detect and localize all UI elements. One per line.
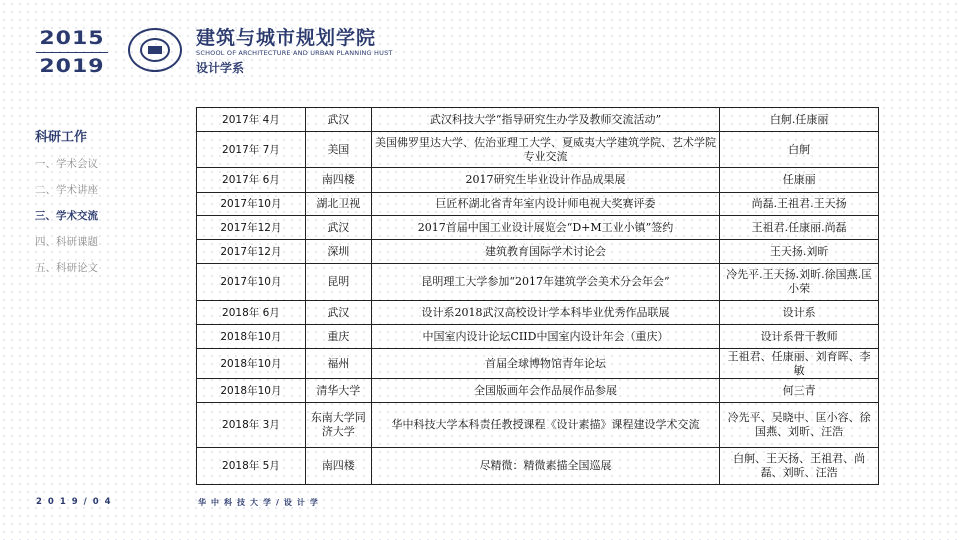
event-cell: 2017首届中国工业设计展览会“D+M工业小镇”签约 xyxy=(371,216,719,240)
date-cell: 2017年10月 xyxy=(197,193,306,216)
date-cell: 2017年 6月 xyxy=(197,168,306,193)
year-divider xyxy=(36,52,108,53)
location-cell: 武汉 xyxy=(305,216,371,240)
people-cell: 尚磊.王祖君.王天扬 xyxy=(720,193,879,216)
sidebar-item-academic-exchange[interactable]: 三、学术交流 xyxy=(35,207,98,233)
people-cell: 何三青 xyxy=(720,379,879,403)
table-row: 2017年 4月武汉武汉科技大学“指导研究生办学及教师交流活动”白舸.任康丽 xyxy=(197,108,879,132)
people-cell: 设计系骨干教师 xyxy=(720,325,879,349)
sidebar-nav: 科研工作 一、学术会议 二、学术讲座 三、学术交流 四、科研课题 五、科研论文 xyxy=(35,126,98,285)
table-row: 2017年10月湖北卫视巨匠杯湖北省青年室内设计师电视大奖赛评委尚磊.王祖君.王… xyxy=(197,193,879,216)
year-end: 2019 xyxy=(36,58,108,77)
table-row: 2017年12月武汉2017首届中国工业设计展览会“D+M工业小镇”签约王祖君.… xyxy=(197,216,879,240)
table-row: 2017年10月昆明昆明理工大学参加“2017年建筑学会美术分会年会”冷先平.王… xyxy=(197,264,879,301)
school-header: 建筑与城市规划学院 SCHOOL OF ARCHITECTURE AND URB… xyxy=(196,27,393,77)
event-cell: 2017研究生毕业设计作品成果展 xyxy=(371,168,719,193)
table-row: 2017年12月深圳建筑教育国际学术讨论会王天扬.刘昕 xyxy=(197,240,879,264)
school-name-en: SCHOOL OF ARCHITECTURE AND URBAN PLANNIN… xyxy=(196,49,393,58)
table-row: 2018年 5月南四楼尽精微：精微素描全国巡展白舸、王天扬、王祖君、尚磊、刘昕、… xyxy=(197,448,879,485)
table-row: 2018年10月福州首届全球博物馆青年论坛王祖君、任康丽、刘育晖、李敏 xyxy=(197,349,879,379)
people-cell: 白舸 xyxy=(720,132,879,168)
location-cell: 美国 xyxy=(305,132,371,168)
date-cell: 2018年10月 xyxy=(197,379,306,403)
location-cell: 清华大学 xyxy=(305,379,371,403)
people-cell: 冷先平、吴晓中、匡小容、徐国燕、刘昕、汪浩 xyxy=(720,403,879,448)
people-cell: 任康丽 xyxy=(720,168,879,193)
location-cell: 武汉 xyxy=(305,301,371,325)
logo-inner-ring xyxy=(140,38,170,62)
event-cell: 尽精微：精微素描全国巡展 xyxy=(371,448,719,485)
table-row: 2017年 7月美国美国佛罗里达大学、佐治亚理工大学、夏威夷大学建筑学院、艺术学… xyxy=(197,132,879,168)
date-cell: 2017年12月 xyxy=(197,240,306,264)
exchange-table: 2017年 4月武汉武汉科技大学“指导研究生办学及教师交流活动”白舸.任康丽20… xyxy=(196,107,879,485)
date-cell: 2018年 5月 xyxy=(197,448,306,485)
people-cell: 白舸、王天扬、王祖君、尚磊、刘昕、汪浩 xyxy=(720,448,879,485)
location-cell: 福州 xyxy=(305,349,371,379)
location-cell: 昆明 xyxy=(305,264,371,301)
event-cell: 设计系2018武汉高校设计学本科毕业优秀作品联展 xyxy=(371,301,719,325)
university-logo-icon xyxy=(128,28,182,72)
date-cell: 2017年 7月 xyxy=(197,132,306,168)
date-cell: 2018年10月 xyxy=(197,325,306,349)
sidebar-item-academic-conference[interactable]: 一、学术会议 xyxy=(35,155,98,181)
date-cell: 2017年12月 xyxy=(197,216,306,240)
location-cell: 深圳 xyxy=(305,240,371,264)
event-cell: 美国佛罗里达大学、佐治亚理工大学、夏威夷大学建筑学院、艺术学院专业交流 xyxy=(371,132,719,168)
location-cell: 南四楼 xyxy=(305,448,371,485)
location-cell: 武汉 xyxy=(305,108,371,132)
logo-mark xyxy=(148,46,162,54)
event-cell: 首届全球博物馆青年论坛 xyxy=(371,349,719,379)
event-cell: 昆明理工大学参加“2017年建筑学会美术分会年会” xyxy=(371,264,719,301)
table-row: 2018年 3月东南大学同济大学华中科技大学本科责任教授课程《设计素描》课程建设… xyxy=(197,403,879,448)
table-row: 2017年 6月南四楼2017研究生毕业设计作品成果展任康丽 xyxy=(197,168,879,193)
table-row: 2018年 6月武汉设计系2018武汉高校设计学本科毕业优秀作品联展设计系 xyxy=(197,301,879,325)
location-cell: 南四楼 xyxy=(305,168,371,193)
footer-date: 2019/04 xyxy=(36,497,117,507)
location-cell: 湖北卫视 xyxy=(305,193,371,216)
sidebar-heading: 科研工作 xyxy=(35,126,98,145)
event-cell: 华中科技大学本科责任教授课程《设计素描》课程建设学术交流 xyxy=(371,403,719,448)
date-cell: 2017年 4月 xyxy=(197,108,306,132)
event-cell: 建筑教育国际学术讨论会 xyxy=(371,240,719,264)
people-cell: 设计系 xyxy=(720,301,879,325)
event-cell: 巨匠杯湖北省青年室内设计师电视大奖赛评委 xyxy=(371,193,719,216)
year-start: 2015 xyxy=(36,30,108,49)
date-cell: 2018年 6月 xyxy=(197,301,306,325)
department-name: 设计学系 xyxy=(196,59,393,77)
table-row: 2018年10月清华大学全国版画年会作品展作品参展何三青 xyxy=(197,379,879,403)
sidebar-item-academic-lecture[interactable]: 二、学术讲座 xyxy=(35,181,98,207)
year-range-badge: 2015 2019 xyxy=(36,28,108,78)
people-cell: 王祖君.任康丽.尚磊 xyxy=(720,216,879,240)
location-cell: 重庆 xyxy=(305,325,371,349)
sidebar-item-research-projects[interactable]: 四、科研课题 xyxy=(35,233,98,259)
event-cell: 全国版画年会作品展作品参展 xyxy=(371,379,719,403)
date-cell: 2018年 3月 xyxy=(197,403,306,448)
people-cell: 王天扬.刘昕 xyxy=(720,240,879,264)
date-cell: 2018年10月 xyxy=(197,349,306,379)
table-row: 2018年10月重庆中国室内设计论坛CIID中国室内设计年会（重庆）设计系骨干教… xyxy=(197,325,879,349)
sidebar-item-research-papers[interactable]: 五、科研论文 xyxy=(35,259,98,285)
footer-org: 华中科技大学/设计学 xyxy=(198,497,323,508)
school-name-cn: 建筑与城市规划学院 xyxy=(196,27,393,49)
location-cell: 东南大学同济大学 xyxy=(305,403,371,448)
people-cell: 白舸.任康丽 xyxy=(720,108,879,132)
date-cell: 2017年10月 xyxy=(197,264,306,301)
event-cell: 中国室内设计论坛CIID中国室内设计年会（重庆） xyxy=(371,325,719,349)
people-cell: 冷先平.王天扬.刘昕.徐国燕.匡小荣 xyxy=(720,264,879,301)
people-cell: 王祖君、任康丽、刘育晖、李敏 xyxy=(720,349,879,379)
event-cell: 武汉科技大学“指导研究生办学及教师交流活动” xyxy=(371,108,719,132)
